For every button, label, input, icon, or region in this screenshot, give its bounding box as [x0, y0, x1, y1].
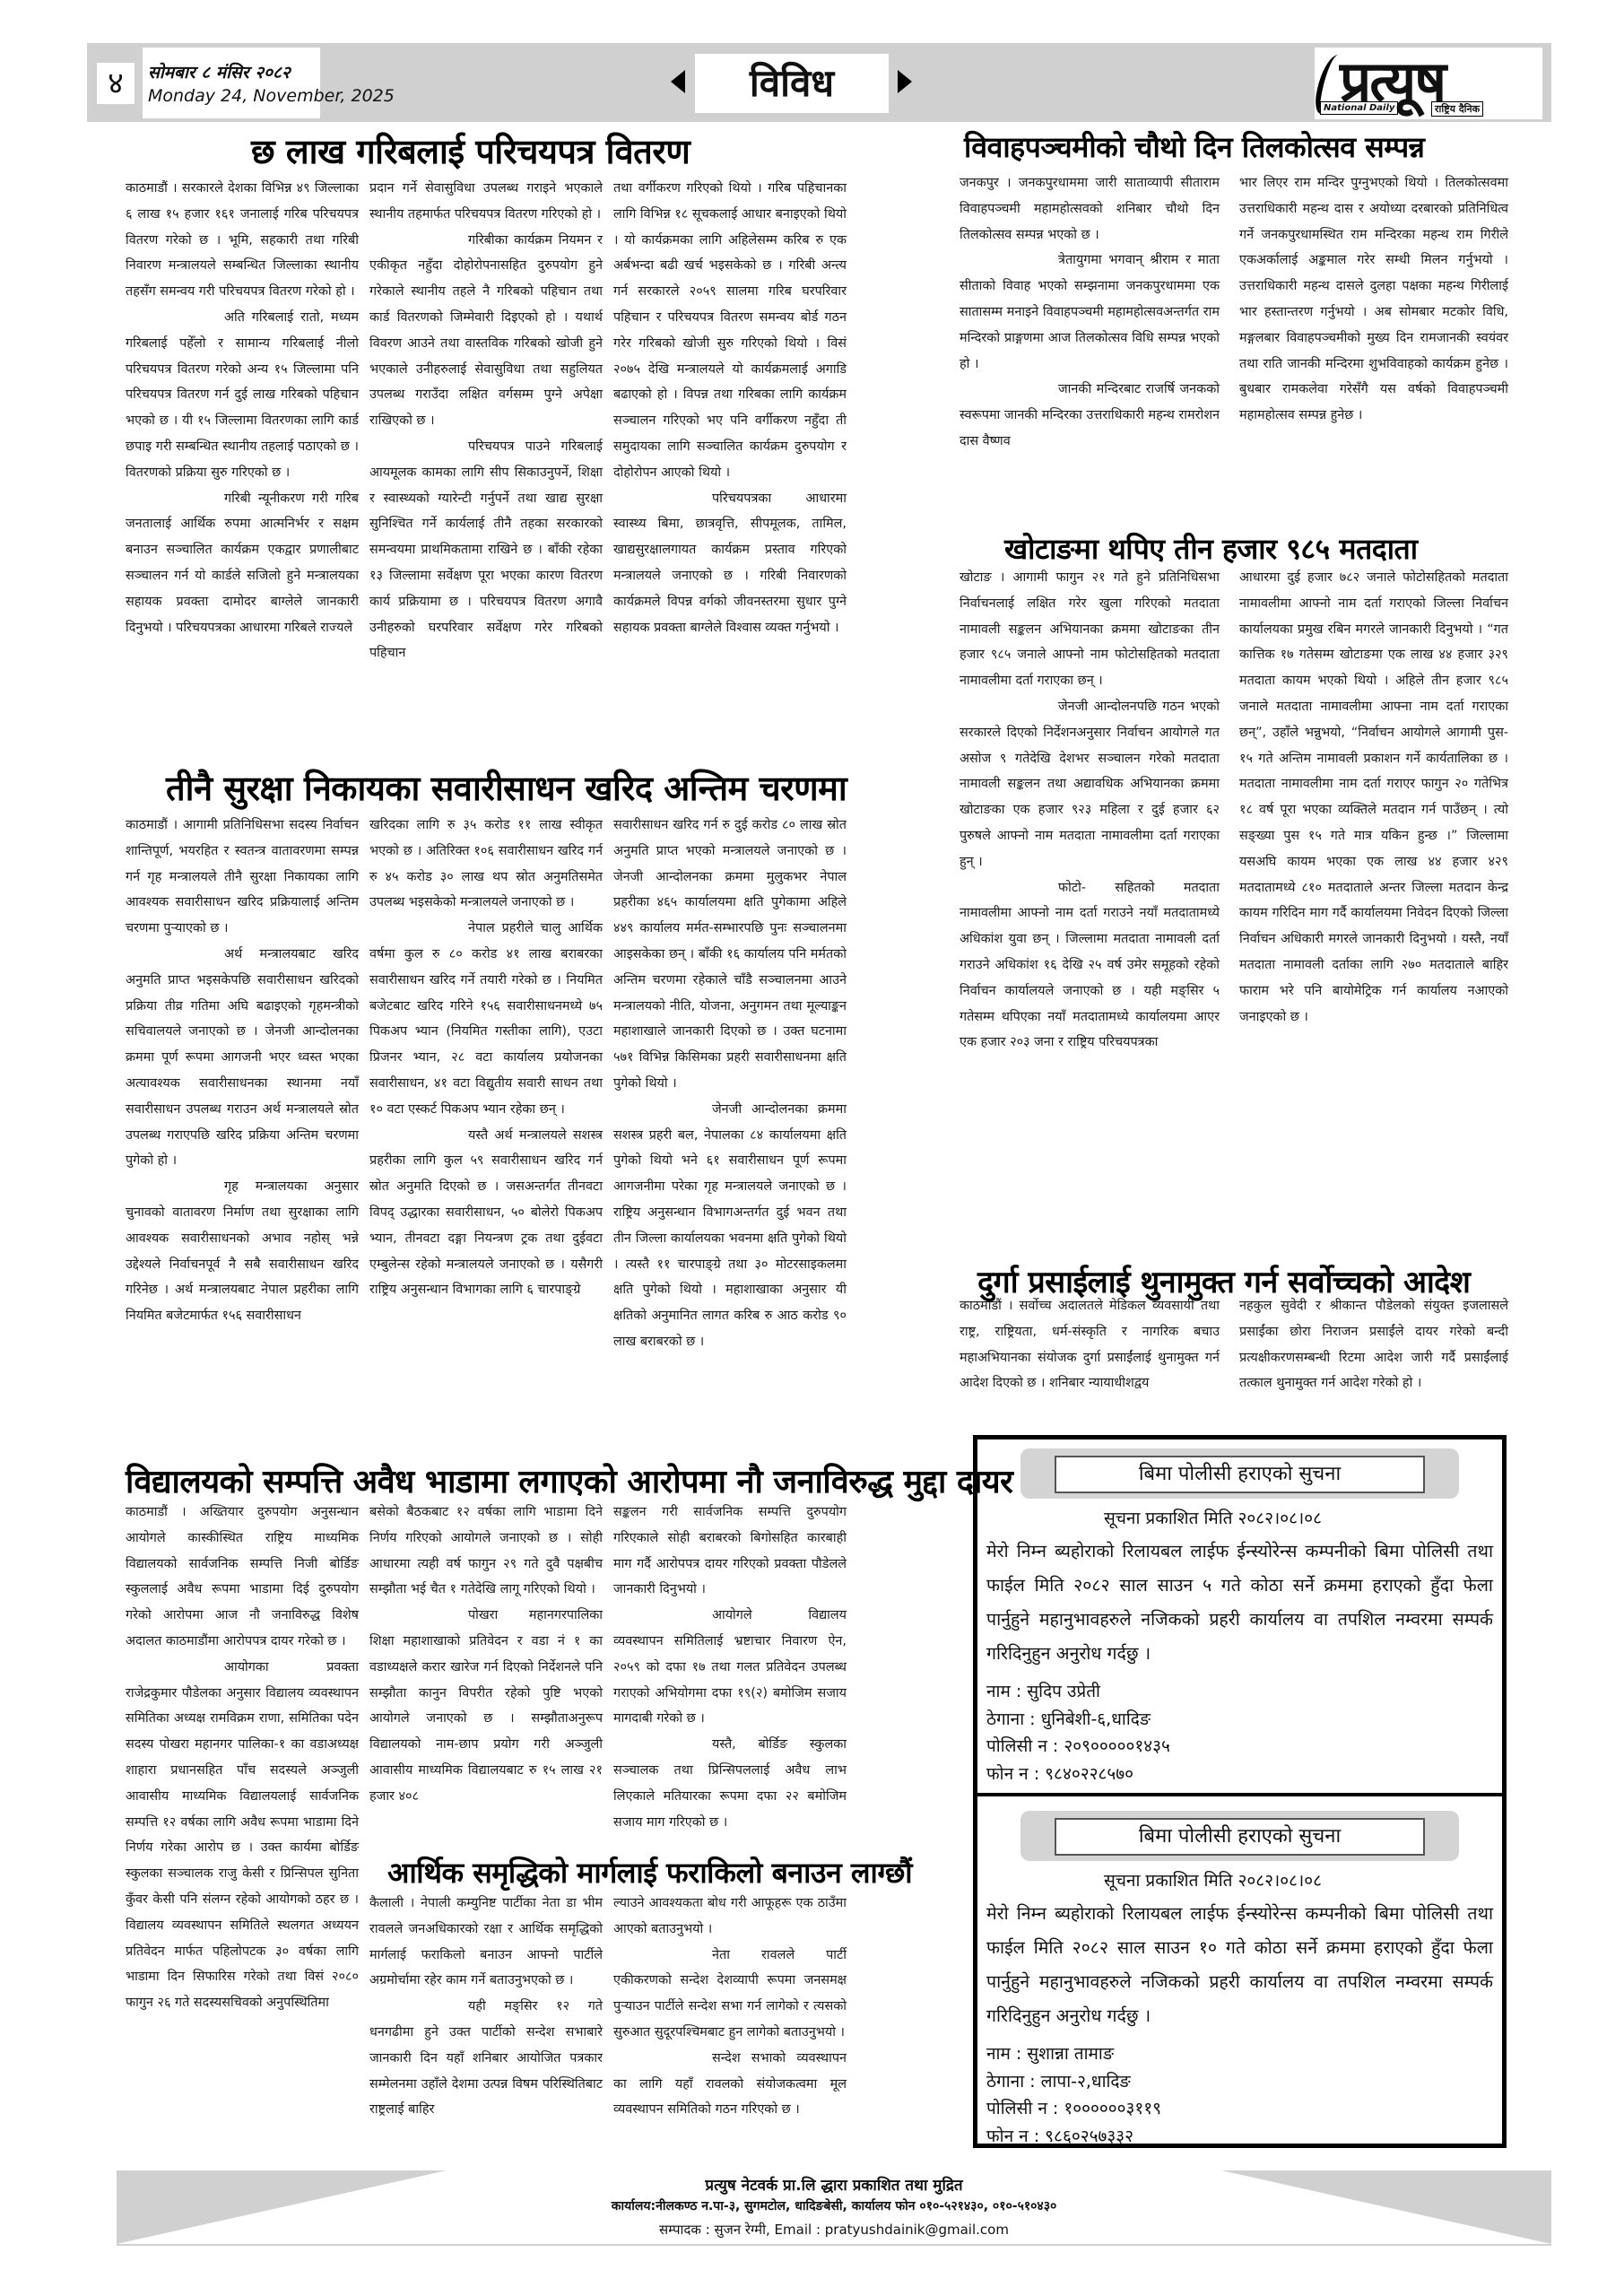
paragraph: बसेको बैठकबाट १२ वर्षका लागि भाडामा दिने…: [369, 1500, 603, 1603]
paragraph: खरिदका लागि रु ३५ करोड ११ लाख स्वीकृत भए…: [369, 813, 603, 916]
footer-publisher: प्रत्युष नेटवर्क प्रा.लि द्धारा प्रकाशित…: [117, 2174, 1551, 2195]
notice-policy-number: पोलिसी न : २०९०००००१४३५: [986, 1733, 1493, 1761]
article-column: भार लिएर राम मन्दिर पुग्नुभएको थियो । ति…: [1239, 170, 1508, 429]
article-headline: तीनै सुरक्षा निकायका सवारीसाधन खरिद अन्त…: [166, 764, 847, 811]
paragraph: अति गरिबलाई रातो, मध्यम गरिबलाई पहेँलो र…: [126, 305, 359, 486]
notice-name: नाम : सुशान्ना तामाङ: [986, 2040, 1493, 2068]
paragraph: काठमाडौं । सर्वोच्च अदालतले मेडिकल व्यवस…: [960, 1293, 1220, 1396]
article-column: कैलाली । नेपाली कम्युनिष्ट पार्टीका नेता…: [369, 1891, 603, 2123]
paragraph: जानकी मन्दिरबाट राजर्षि जनकको स्वरूपमा ज…: [960, 377, 1220, 454]
date-nepali: सोमबार ८ मंसिर २०८२: [148, 60, 315, 85]
article-column: काठमाडौं । सर्वोच्च अदालतले मेडिकल व्यवस…: [960, 1293, 1220, 1396]
article-column: खोटाङ । आगामी फागुन २१ गते हुने प्रतिनिध…: [960, 565, 1220, 1056]
notice-phone: फोन न : ९८४०२२८५७०: [986, 1761, 1493, 1788]
paragraph: खोटाङ । आगामी फागुन २१ गते हुने प्रतिनिध…: [960, 565, 1220, 694]
footer-office: कार्यालय:नीलकण्ठ न.पा-३, सुगमटोल, धादिङब…: [117, 2197, 1551, 2214]
notice-title: बिमा पोलीसी हराएको सुचना: [1055, 1456, 1425, 1493]
notice-title: बिमा पोलीसी हराएको सुचना: [1055, 1818, 1425, 1856]
paragraph: भार लिएर राम मन्दिर पुग्नुभएको थियो । ति…: [1239, 170, 1508, 429]
article-headline: खोटाङमा थपिए तीन हजार ९८५ मतदाता: [1004, 529, 1418, 568]
paragraph: यही मङ्सिर १२ गते धनगढीमा हुने उक्त पार्…: [369, 1994, 603, 2123]
paragraph: जनकपुर । जनकपुरधाममा जारी साताव्यापी सीत…: [960, 170, 1220, 248]
notice-body: मेरो निम्न ब्यहोराको रिलायबल लाईफ ईन्स्य…: [986, 1897, 1493, 2033]
article-column: काठमाडौं । आगामी प्रतिनिधिसभा सदस्य निर्…: [126, 813, 359, 1329]
paragraph: कैलाली । नेपाली कम्युनिष्ट पार्टीका नेता…: [369, 1891, 603, 1994]
paragraph: गृह मन्त्रालयका अनुसार चुनावको वातावरण न…: [126, 1174, 359, 1329]
paragraph: सङ्कलन गरी सार्वजनिक सम्पत्ति दुरुपयोग ग…: [613, 1500, 847, 1603]
paragraph: परिचयपत्रका आधारमा स्वास्थ्य बिमा, छात्र…: [613, 486, 847, 641]
article-column: ल्याउने आवश्यकता बोध गरी आफूहरू एक ठाउँम…: [613, 1891, 847, 2123]
paragraph: प्रदान गर्ने सेवासुविधा उपलब्ध गराइने भए…: [369, 176, 603, 228]
lost-policy-notice: बिमा पोलीसी हराएको सुचना सूचना प्रकाशित …: [986, 1802, 1493, 2150]
article-column: सवारीसाधन खरिद गर्न रु दुई करोड ८० लाख स…: [613, 813, 847, 1355]
page-number: ४: [97, 63, 135, 104]
paragraph: काठमाडौं । सरकारले देशका विभिन्न ४९ जिल्…: [126, 176, 359, 305]
paragraph: नेपाल प्रहरीले चालु आर्थिक वर्षमा कुल रु…: [369, 916, 603, 1122]
classified-notices: बिमा पोलीसी हराएको सुचना सूचना प्रकाशित …: [973, 1435, 1507, 2148]
paragraph: गरिबीका कार्यक्रम नियमन र एकीकृत नहुँदा …: [369, 228, 603, 434]
paragraph: आधारमा दुई हजार ७८२ जनाले फोटोसहितको मतद…: [1239, 565, 1508, 1030]
notice-header: बिमा पोलीसी हराएको सुचना: [1020, 1811, 1459, 1861]
paragraph: काठमाडौं । आगामी प्रतिनिधिसभा सदस्य निर्…: [126, 813, 359, 942]
section-tab: विविध: [646, 43, 933, 122]
article-column: काठमाडौं । सरकारले देशका विभिन्न ४९ जिल्…: [126, 176, 359, 640]
article-headline: छ लाख गरिबलाई परिचयपत्र वितरण: [251, 127, 690, 174]
notice-published-date: सूचना प्रकाशित मिति २०८२।०८।०८: [986, 1502, 1493, 1535]
imprint-footer: प्रत्युष नेटवर्क प्रा.लि द्धारा प्रकाशित…: [117, 2170, 1551, 2246]
paragraph: यस्तै, बोर्डिङ स्कुलका सञ्चालक तथा प्रिन…: [613, 1732, 847, 1835]
paragraph: अर्थ मन्त्रालयबाट खरिद अनुमति प्राप्त भइ…: [126, 942, 359, 1174]
notice-published-date: सूचना प्रकाशित मिति २०८२।०८।०८: [986, 1865, 1493, 1897]
paragraph: फोटो- सहितको मतदाता नामावलीमा आफ्नो नाम …: [960, 875, 1220, 1057]
article-headline: विद्यालयको सम्पत्ति अवैध भाडामा लगाएको आ…: [126, 1458, 1012, 1502]
paragraph: नेता रावलले पार्टी एकीकरणको सन्देश देशव्…: [613, 1943, 847, 2046]
logo-tag-nepali: राष्ट्रिय दैनिक: [1431, 101, 1483, 117]
article-column: प्रदान गर्ने सेवासुविधा उपलब्ध गराइने भए…: [369, 176, 603, 666]
article-column: खरिदका लागि रु ३५ करोड ११ लाख स्वीकृत भए…: [369, 813, 603, 1303]
article-column: काठमाडौं । अख्तियार दुरुपयोग अनुसन्धान आ…: [126, 1500, 359, 2016]
article-column: तथा वर्गीकरण गरिएको थियो । गरिब पहिचानका…: [613, 176, 847, 640]
article-column: बसेको बैठकबाट १२ वर्षका लागि भाडामा दिने…: [369, 1500, 603, 1810]
paragraph: आयोगले विद्यालय व्यवस्थापन समितिलाई भ्रष…: [613, 1603, 847, 1732]
notice-phone: फोन न : ९८६०२५७३३२: [986, 2123, 1493, 2151]
paragraph: सवारीसाधन खरिद गर्न रु दुई करोड ८० लाख स…: [613, 813, 847, 1097]
paragraph: यस्तै अर्थ मन्त्रालयले सशस्त्र प्रहरीका …: [369, 1123, 603, 1304]
article-column: सङ्कलन गरी सार्वजनिक सम्पत्ति दुरुपयोग ग…: [613, 1500, 847, 1835]
paragraph: ल्याउने आवश्यकता बोध गरी आफूहरू एक ठाउँम…: [613, 1891, 847, 1943]
paragraph: जेनजी आन्दोलनपछि गठन भएको सरकारले दिएको …: [960, 694, 1220, 875]
notice-address: ठेगाना : लापा-२,धादिङ: [986, 2068, 1493, 2096]
notice-name: नाम : सुदिप उप्रेती: [986, 1678, 1493, 1706]
date-english: Monday 24, November, 2025: [148, 85, 315, 107]
masthead-right: प्रत्यूष National Daily राष्ट्रिय दैनिक: [933, 43, 1551, 122]
paragraph: त्रेतायुगमा भगवान् श्रीराम र माता सीताको…: [960, 248, 1220, 377]
notice-address: ठेगाना : धुनिबेशी-६,धादिङ: [986, 1706, 1493, 1734]
article-column: नहकुल सुवेदी र श्रीकान्त पौडेलको संयुक्त…: [1239, 1293, 1508, 1396]
paragraph: परिचयपत्र पाउने गरिबलाई आयमूलक कामका लाग…: [369, 434, 603, 666]
paragraph: जेनजी आन्दोलनका क्रममा सशस्त्र प्रहरी बल…: [613, 1097, 847, 1355]
notice-header: बिमा पोलीसी हराएको सुचना: [1020, 1448, 1459, 1499]
paragraph: गरिबी न्यूनीकरण गरी गरिब जनतालाई आर्थिक …: [126, 486, 359, 641]
paragraph: सन्देश सभाको व्यवस्थापन का लागि यहाँ राव…: [613, 2046, 847, 2123]
masthead-left: ४ सोमबार ८ मंसिर २०८२ Monday 24, Novembe…: [87, 43, 704, 122]
paragraph: काठमाडौं । अख्तियार दुरुपयोग अनुसन्धान आ…: [126, 1500, 359, 1655]
date-box: सोमबार ८ मंसिर २०८२ Monday 24, November,…: [143, 48, 320, 118]
logo-tag-english: National Daily: [1320, 101, 1398, 115]
footer-editor-email: सम्पादक : सुजन रेग्मी, Email : pratyushd…: [117, 2221, 1551, 2239]
paragraph: आयोगका प्रवक्ता राजेद्रकुमार पौडेलका अनु…: [126, 1655, 359, 2016]
notice-body: मेरो निम्न ब्यहोराको रिलायबल लाईफ ईन्स्य…: [986, 1535, 1493, 1671]
article-headline: विवाहपञ्चमीको चौथो दिन तिलकोत्सव सम्पन्न: [964, 127, 1424, 166]
paragraph: तथा वर्गीकरण गरिएको थियो । गरिब पहिचानका…: [613, 176, 847, 486]
arrow-right-icon: [898, 70, 912, 93]
article-column: आधारमा दुई हजार ७८२ जनाले फोटोसहितको मतद…: [1239, 565, 1508, 1030]
article-column: जनकपुर । जनकपुरधाममा जारी साताव्यापी सीत…: [960, 170, 1220, 455]
divider: [977, 1793, 1502, 1796]
arrow-left-icon: [671, 70, 685, 93]
lost-policy-notice: बिमा पोलीसी हराएको सुचना सूचना प्रकाशित …: [986, 1439, 1493, 1787]
paragraph: पोखरा महानगरपालिका शिक्षा महाशाखाको प्रत…: [369, 1603, 603, 1809]
section-title: विविध: [695, 54, 889, 113]
paragraph: नहकुल सुवेदी र श्रीकान्त पौडेलको संयुक्त…: [1239, 1293, 1508, 1396]
article-headline: आर्थिक समृद्धिको मार्गलाई फराकिलो बनाउन …: [387, 1853, 912, 1892]
newspaper-logo: प्रत्यूष National Daily राष्ट्रिय दैनिक: [1315, 48, 1542, 119]
notice-policy-number: पोलिसी न : १००००००३११९: [986, 2095, 1493, 2123]
